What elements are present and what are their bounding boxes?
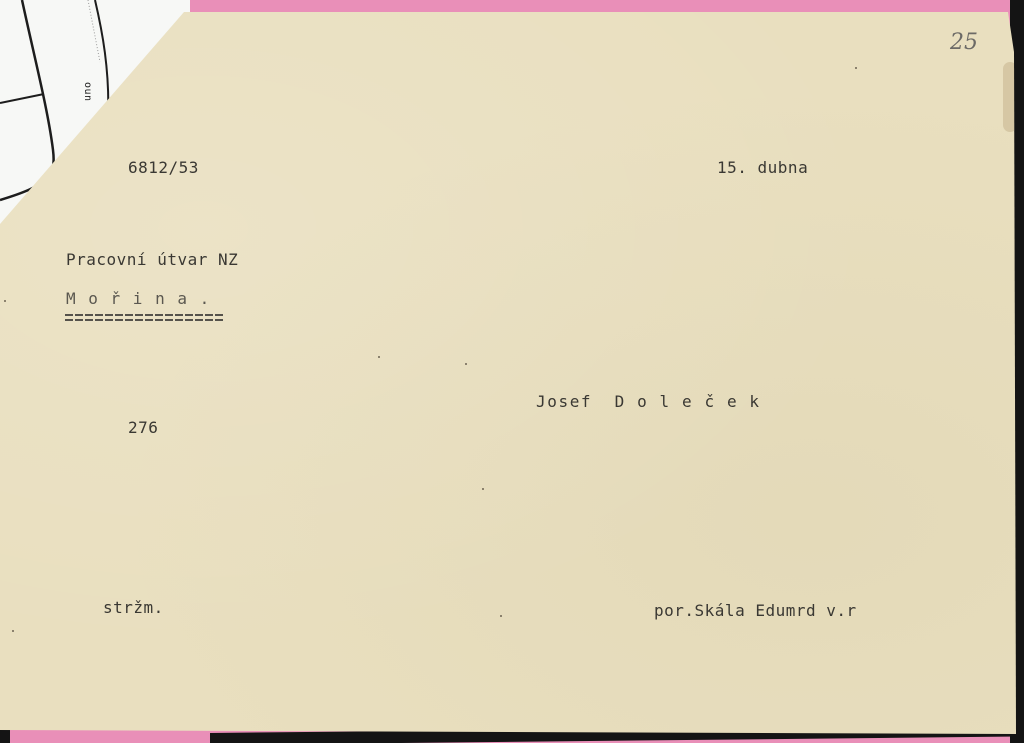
paper-fleck xyxy=(855,67,857,69)
paper-fleck xyxy=(482,488,484,490)
scan-scene: oun 25 6812/53 15. dubna Pracovní útvar … xyxy=(0,0,1024,743)
signature-line: por.Skála Edumrd v.r xyxy=(654,601,857,620)
paper-fleck xyxy=(500,615,502,617)
paper-fleck xyxy=(4,300,6,302)
paper-fleck xyxy=(378,356,380,358)
document-paper xyxy=(0,12,1016,734)
location: M o ř i n a . xyxy=(66,289,211,308)
unit-line: Pracovní útvar NZ xyxy=(66,250,238,269)
handwritten-page-number: 25 xyxy=(950,30,978,55)
reference-number: 6812/53 xyxy=(128,158,199,177)
paper-fleck xyxy=(12,630,14,632)
paper-fleck xyxy=(465,363,467,365)
date: 15. dubna xyxy=(717,158,808,177)
record-number: 276 xyxy=(128,418,158,437)
person-name: Josef D o l e č e k xyxy=(536,392,761,411)
footer-left-abbreviation: stržm. xyxy=(103,598,164,617)
paper-stain xyxy=(1003,62,1017,132)
location-underline xyxy=(65,314,225,324)
form-fragment-text: oun xyxy=(82,82,93,102)
